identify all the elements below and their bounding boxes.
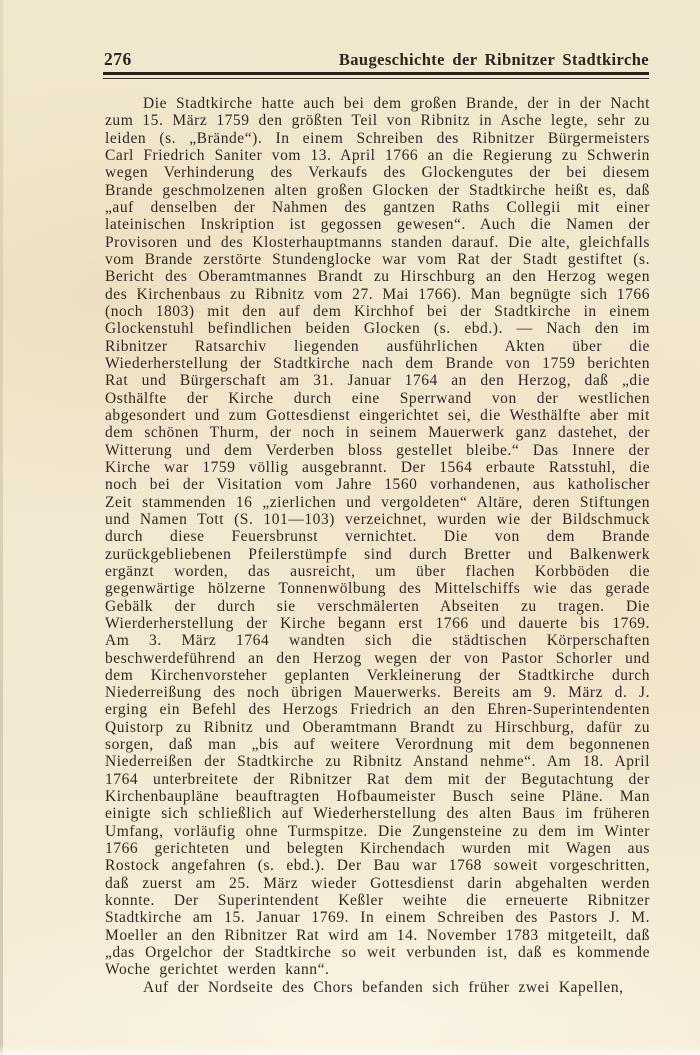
header-rule-thin xyxy=(103,78,649,79)
paragraph-nordseite-chor: Auf der Nordseite des Chors befanden sic… xyxy=(105,979,650,996)
paragraph-stadtkirche-brand: Die Stadtkirche hatte auch bei dem große… xyxy=(105,95,650,979)
running-title: Baugeschichte der Ribnitzer Stadtkirche xyxy=(339,50,649,70)
body-text: Die Stadtkirche hatte auch bei dem große… xyxy=(105,95,650,996)
header-rule-thick xyxy=(103,72,649,75)
book-page-scan: 276 Baugeschichte der Ribnitzer Stadtkir… xyxy=(0,0,700,1055)
page-number: 276 xyxy=(104,49,132,70)
page-header: 276 Baugeschichte der Ribnitzer Stadtkir… xyxy=(104,49,649,71)
